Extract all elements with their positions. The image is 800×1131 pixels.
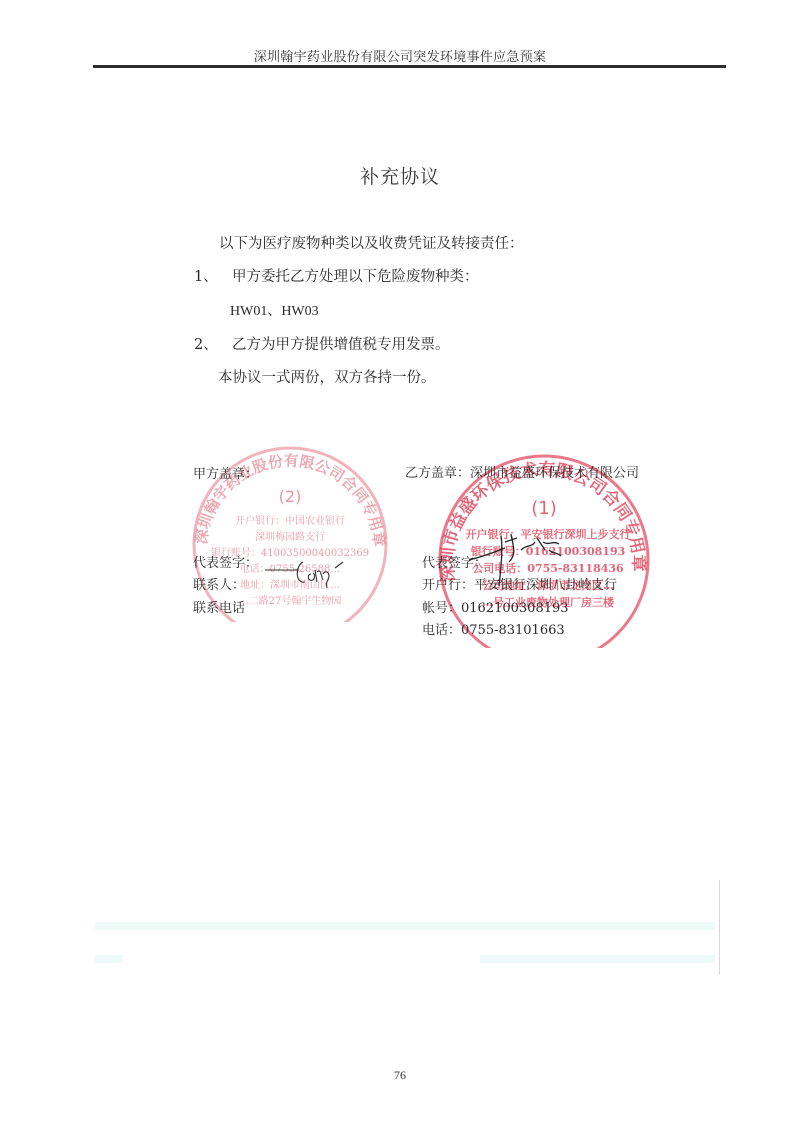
party-a-phone-label: 联系电话 (193, 597, 245, 616)
page-number: 76 (0, 1068, 800, 1083)
party-a-handwritten-signature (255, 548, 355, 593)
header-divider (93, 65, 726, 68)
scan-artifact (480, 955, 715, 963)
item-1-text: 甲方委托乙方处理以下危险废物种类： (232, 265, 479, 286)
scan-artifact (95, 922, 715, 930)
svg-text:深圳梅园路支行: 深圳梅园路支行 (255, 530, 325, 543)
svg-text:(1): (1) (531, 498, 557, 519)
party-a-contact-label: 联系人： (193, 574, 245, 593)
party-b-phone-line: 电话：0755-83101663 (422, 619, 565, 638)
running-header-title: 深圳翰宇药业股份有限公司突发环境事件应急预案 (0, 46, 800, 65)
svg-text:…二路27号翰宇生物园: …二路27号翰宇生物园 (239, 594, 342, 607)
party-a-company-seal: 深圳翰宇药业股份有限公司合同专用章 (2) 开户银行：中国农业银行深圳梅园路支行… (178, 432, 398, 622)
svg-text:(2): (2) (279, 487, 302, 506)
party-b-seal-label: 乙方盖章：深圳市益盛环保技术有限公司 (405, 462, 639, 481)
item-1-number: 1、 (194, 265, 218, 286)
party-b-account-line: 帐号：0162100308193 (422, 597, 569, 616)
intro-paragraph: 以下为医疗废物种类以及收费凭证及转接责任： (219, 232, 524, 253)
closing-paragraph: 本协议一式两份，双方各持一份。 (218, 366, 436, 387)
scan-edge-line (719, 880, 720, 975)
party-b-handwritten-signature (465, 528, 575, 588)
party-a-seal-label: 甲方盖章： (193, 463, 258, 482)
svg-text:开户银行：中国农业银行: 开户银行：中国农业银行 (235, 514, 345, 527)
party-a-representative-label: 代表签字： (193, 552, 258, 571)
item-2-number: 2、 (194, 333, 218, 354)
scan-artifact (95, 955, 123, 963)
item-2-text: 乙方为甲方提供增值税专用发票。 (232, 333, 450, 354)
waste-codes: HW01、HW03 (230, 300, 319, 320)
document-title: 补充协议 (0, 162, 800, 189)
